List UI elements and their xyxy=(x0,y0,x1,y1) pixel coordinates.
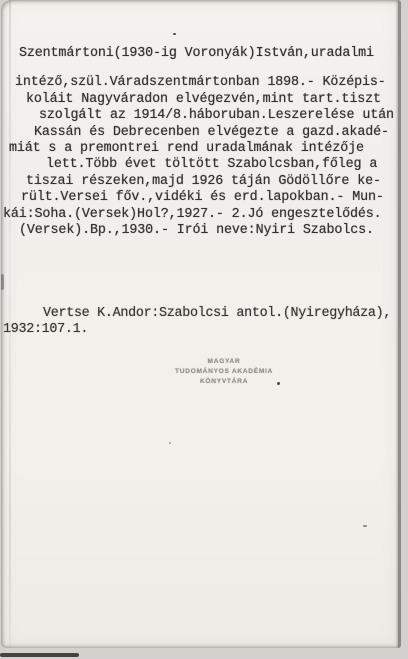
typewritten-line: koláit Nagyváradon elvégezvén,mint tart.… xyxy=(1,92,401,108)
citation-text: Vertse K.Andor:Szabolcsi antol.(Nyiregyh… xyxy=(1,306,403,339)
typewritten-line: Kassán és Debrecenben elvégezte a gazd.a… xyxy=(1,125,401,141)
paper-speck xyxy=(169,442,171,444)
library-stamp-line: TUDOMÁNYOS AKADÉMIA xyxy=(159,367,289,377)
typewritten-line: szolgált az 1914/8.háboruban.Leszerelése… xyxy=(1,108,401,124)
library-stamp-line: MAGYAR xyxy=(159,357,289,367)
typewritten-line: tiszai részeken,majd 1926 táján Gödöllőr… xyxy=(1,174,401,190)
scanned-card-paper: Szentmártoni(1930-ig Voronyák)István,ura… xyxy=(1,0,401,648)
typewritten-line: intéző,szül.Váradszentmártonban 1898.- K… xyxy=(1,75,401,91)
edge-mark xyxy=(1,274,4,290)
typewritten-line: rült.Versei főv.,vidéki és erd.lapokban.… xyxy=(1,190,401,206)
typewritten-line: (Versek).Bp.,1930.- Irói neve:Nyiri Szab… xyxy=(1,223,401,239)
library-stamp: MAGYAR TUDOMÁNYOS AKADÉMIA KÖNYVTÁRA xyxy=(159,357,289,387)
ink-speck xyxy=(173,33,176,35)
paper-speck xyxy=(363,525,367,527)
typewritten-line: kái:Soha.(Versek)Hol?,1927.- 2.Jó engesz… xyxy=(1,207,401,223)
library-stamp-line: KÖNYVTÁRA xyxy=(159,377,289,387)
scan-edge-mark xyxy=(0,653,79,657)
citation-line: Vertse K.Andor:Szabolcsi antol.(Nyiregyh… xyxy=(1,306,403,322)
typewritten-line: miát s a premontrei rend uradalmának int… xyxy=(1,141,401,157)
typewritten-line: lett.Több évet töltött Szabolcsban,főleg… xyxy=(1,157,401,173)
ink-speck xyxy=(277,382,280,385)
typewritten-line: Szentmártoni(1930-ig Voronyák)István,ura… xyxy=(1,46,401,62)
citation-line: 1932:107.1. xyxy=(1,322,403,338)
biography-text: Szentmártoni(1930-ig Voronyák)István,ura… xyxy=(1,46,401,239)
